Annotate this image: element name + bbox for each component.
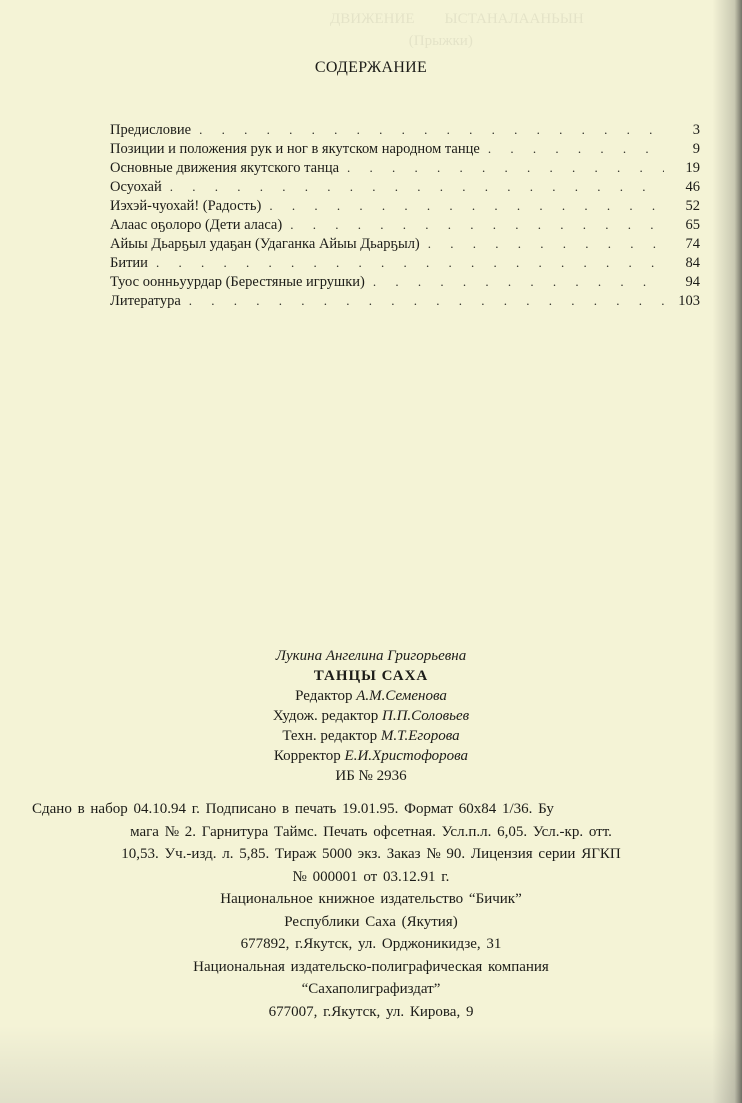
toc-entry: Предисловие. . . . . . . . . . . . . . .… [110, 122, 700, 141]
toc-entry: Туос оонньуурдар (Берестяные игрушки). .… [110, 274, 700, 293]
toc-entry-label: Айыы Дьарҕыл удаҕан (Удаганка Айыы Дьарҕ… [110, 236, 428, 253]
toc-leader-dots: . . . . . . . . . . . . . . . . . . . . … [347, 160, 664, 176]
publisher-address: 677892, г.Якутск, ул. Орджоникидзе, 31 [0, 933, 742, 956]
toc-leader-dots: . . . . . . . . . . . . . . . . . . . . … [189, 293, 664, 309]
toc-leader-dots: . . . . . . . . . . . . . . . . . . . . … [428, 236, 664, 252]
credit-line: Редактор А.М.Семенова [0, 686, 742, 706]
toc-entry-label: Алаас оҕолоро (Дети аласа) [110, 217, 290, 234]
toc-entry: Айыы Дьарҕыл удаҕан (Удаганка Айыы Дьарҕ… [110, 236, 700, 255]
publication-details: Сдано в набор 04.10.94 г. Подписано в пе… [0, 798, 742, 1023]
toc-entry: Алаас оҕолоро (Дети аласа). . . . . . . … [110, 217, 700, 236]
printer-brand: “Сахаполиграфиздат” [0, 978, 742, 1001]
credit-name: А.М.Семенова [356, 688, 447, 704]
printer-address: 677007, г.Якутск, ул. Кирова, 9 [0, 1001, 742, 1024]
toc-entry-label: Туос оонньуурдар (Берестяные игрушки) [110, 274, 373, 291]
toc-entry: Битии. . . . . . . . . . . . . . . . . .… [110, 255, 700, 274]
publication-line: Сдано в набор 04.10.94 г. Подписано в пе… [32, 798, 742, 821]
toc-entry-label: Иэхэй-чуохай! (Радость) [110, 198, 269, 215]
toc-entry-label: Предисловие [110, 122, 199, 139]
toc-entry: Осуохай. . . . . . . . . . . . . . . . .… [110, 179, 700, 198]
toc-entry-page: 52 [664, 198, 700, 215]
document-page: ДВИЖЕНИЕ ЫСТАНАЛААНЬЫН (Прыжки) СОДЕРЖАН… [0, 0, 742, 1103]
toc-entry: Литература. . . . . . . . . . . . . . . … [110, 293, 700, 312]
credit-name: Е.И.Христофорова [345, 748, 469, 764]
toc-title: СОДЕРЖАНИЕ [0, 59, 742, 77]
credit-name: М.Т.Егорова [381, 728, 460, 744]
toc-leader-dots: . . . . . . . . . . . . . . . . . . . . … [290, 217, 664, 233]
toc-leader-dots: . . . . . . . . . . . . . . . . . . . . … [373, 274, 664, 290]
credit-role: Редактор [295, 688, 352, 704]
show-through-text: ДВИЖЕНИЕ ЫСТАНАЛААНЬЫН (Прыжки) [330, 8, 584, 52]
book-title: ТАНЦЫ САХА [0, 666, 742, 686]
toc-entry-label: Основные движения якутского танца [110, 160, 347, 177]
credit-line: Худож. редактор П.П.Соловьев [0, 706, 742, 726]
toc-entry-page: 84 [664, 255, 700, 272]
toc-entry-page: 74 [664, 236, 700, 253]
credit-line: Техн. редактор М.Т.Егорова [0, 726, 742, 746]
toc-leader-dots: . . . . . . . . . . . . . . . . . . . . … [170, 179, 664, 195]
toc-entry-page: 46 [664, 179, 700, 196]
toc-entry-label: Литература [110, 293, 189, 310]
toc-entry-label: Осуохай [110, 179, 170, 196]
toc-entry-page: 3 [664, 122, 700, 139]
publication-line: № 000001 от 03.12.91 г. [0, 866, 742, 889]
toc-entry: Иэхэй-чуохай! (Радость). . . . . . . . .… [110, 198, 700, 217]
author-name: Лукина Ангелина Григорьевна [0, 646, 742, 666]
publisher-name: Национальное книжное издательство “Бичик… [0, 888, 742, 911]
toc-entry-page: 9 [664, 141, 700, 158]
toc-entry-label: Битии [110, 255, 156, 272]
credit-role: Техн. редактор [282, 728, 377, 744]
imprint-block: Лукина Ангелина Григорьевна ТАНЦЫ САХА Р… [0, 646, 742, 786]
toc-entry-label: Позиции и положения рук и ног в якутском… [110, 141, 488, 158]
table-of-contents: Предисловие. . . . . . . . . . . . . . .… [110, 122, 700, 312]
credit-line: Корректор Е.И.Христофорова [0, 746, 742, 766]
printer-name: Национальная издательско-полиграфическая… [0, 956, 742, 979]
toc-entry: Позиции и положения рук и ног в якутском… [110, 141, 700, 160]
toc-leader-dots: . . . . . . . . . . . . . . . . . . . . … [269, 198, 664, 214]
publisher-region: Республики Саха (Якутия) [0, 911, 742, 934]
credit-role: Худож. редактор [273, 708, 378, 724]
toc-leader-dots: . . . . . . . . . . . . . . . . . . . . … [488, 141, 664, 157]
toc-entry: Основные движения якутского танца. . . .… [110, 160, 700, 179]
toc-entry-page: 103 [664, 293, 700, 310]
toc-entry-page: 94 [664, 274, 700, 291]
publication-line: мага № 2. Гарнитура Таймс. Печать офсетн… [0, 821, 742, 844]
credit-role: Корректор [274, 748, 341, 764]
toc-entry-page: 19 [664, 160, 700, 177]
toc-leader-dots: . . . . . . . . . . . . . . . . . . . . … [156, 255, 664, 271]
toc-entry-page: 65 [664, 217, 700, 234]
toc-leader-dots: . . . . . . . . . . . . . . . . . . . . … [199, 122, 664, 138]
credit-name: П.П.Соловьев [382, 708, 469, 724]
publication-line: 10,53. Уч.-изд. л. 5,85. Тираж 5000 экз.… [0, 843, 742, 866]
ib-number: ИБ № 2936 [0, 766, 742, 786]
